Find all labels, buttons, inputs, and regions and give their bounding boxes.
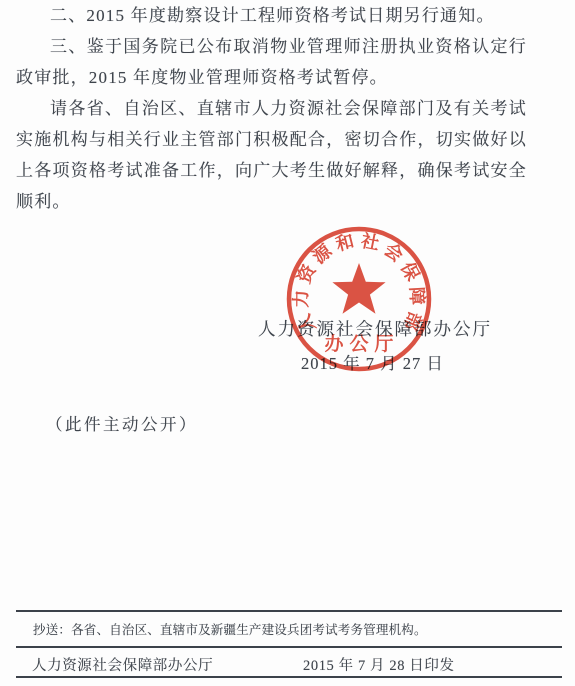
footer-issuer: 人力资源社会保障部办公厅 (32, 654, 213, 675)
cc-line: 抄送：各省、自治区、直辖市及新疆生产建设兵团考试考务管理机构。 (33, 620, 427, 638)
stamp-bottom-text: 办公厅 (324, 332, 399, 355)
disclosure-note: （此件主动公开） (46, 411, 198, 435)
document-page: 二、2015 年度勘察设计工程师资格考试日期另行通知。 三、鉴于国务院已公布取消… (0, 0, 575, 686)
body-paragraph-3: 三、鉴于国务院已公布取消物业管理师注册执业资格认定行政审批，2015 年度物业管… (16, 31, 527, 93)
footer-print-date: 2015 年 7 月 28 日印发 (303, 654, 455, 675)
body-paragraph-2: 二、2015 年度勘察设计工程师资格考试日期另行通知。 (16, 0, 527, 31)
official-seal-stamp: 人力资源和社会保障部 办公厅 (279, 219, 439, 379)
body-paragraph-request: 请各省、自治区、直辖市人力资源社会保障部门及有关考试实施机构与相关行业主管部门积… (16, 93, 527, 217)
footer-divider-top (16, 610, 562, 612)
star-icon (332, 263, 385, 314)
footer-divider-middle (16, 646, 562, 648)
footer-divider-bottom (16, 676, 562, 678)
notice-body: 二、2015 年度勘察设计工程师资格考试日期另行通知。 三、鉴于国务院已公布取消… (16, 0, 527, 217)
